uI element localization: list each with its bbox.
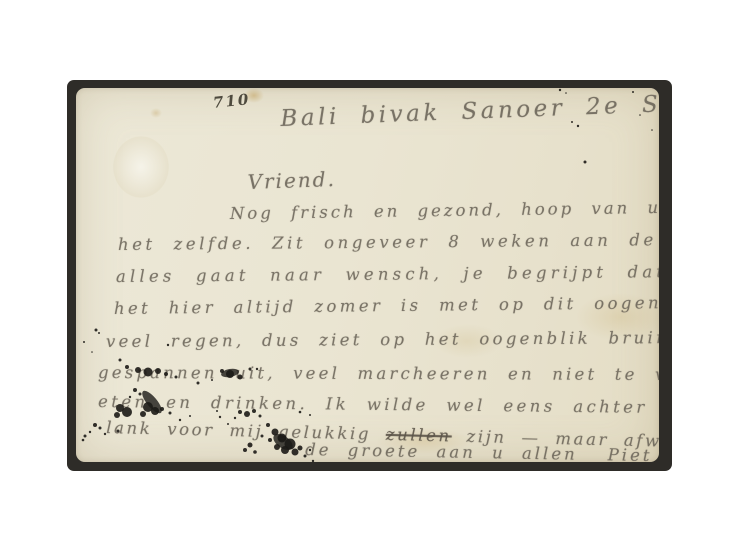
foxing-spot: [150, 108, 162, 118]
letter-text: het hier altijd zomer is met op dit ooge…: [114, 293, 659, 318]
letter-text: het zelfde. Zit ongeveer 8 weken aan de …: [118, 230, 659, 254]
letter-text: Vriend.: [247, 167, 336, 194]
postcard: 710 Bali bivak Sanoer 2e Sep '06Vriend.N…: [76, 88, 659, 462]
letter-line: Nog frisch en gezond, hoop van u allen: [230, 197, 659, 223]
catalog-number: 710: [212, 90, 251, 112]
scanned-photo: 710 Bali bivak Sanoer 2e Sep '06Vriend.N…: [0, 0, 740, 557]
paper-emboss-mark: [102, 124, 180, 210]
letter-text: de groete aan u allen: [305, 440, 578, 462]
letter-line: het zelfde. Zit ongeveer 8 weken aan de …: [118, 230, 659, 254]
letter-text: Nog frisch en gezond, hoop van u allen: [230, 197, 659, 223]
letter-line: eten en drinken. Ik wilde wel eens achte…: [98, 392, 659, 417]
salutation: Vriend.: [247, 167, 336, 194]
letter-line: alles gaat naar wensch, je begrijpt dat: [116, 262, 659, 286]
letter-text: eten en drinken. Ik wilde wel eens achte…: [98, 392, 659, 417]
letter-text: Piet: [608, 445, 653, 462]
letter-line: gespannen uit, veel marcheeren en niet t…: [98, 363, 659, 384]
letter-text: alles gaat naar wensch, je begrijpt dat: [116, 262, 659, 286]
letter-text: Bali bivak Sanoer 2e Sep '06: [280, 88, 659, 132]
letter-line: veel regen, dus ziet op het oogenblik br…: [106, 328, 659, 351]
letter-text: gespannen uit, veel marcheeren en niet t…: [98, 363, 659, 384]
letter-line: het hier altijd zomer is met op dit ooge…: [114, 293, 659, 318]
letter-text: veel regen, dus ziet op het oogenblik br…: [106, 328, 659, 351]
dateline: Bali bivak Sanoer 2e Sep '06: [280, 88, 659, 132]
